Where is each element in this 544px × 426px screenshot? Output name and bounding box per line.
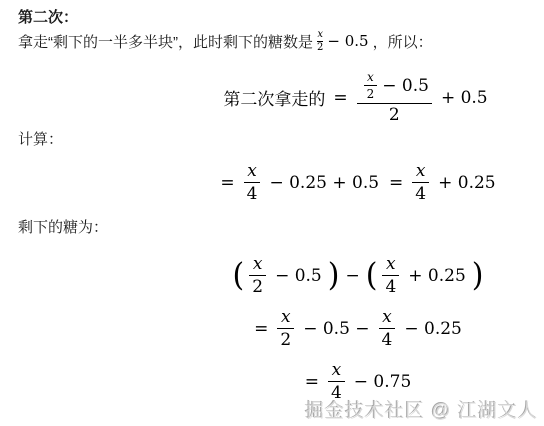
equals-sign: =: [220, 173, 234, 193]
fraction: x 4: [412, 161, 429, 205]
fraction-numerator: x: [278, 307, 294, 328]
fraction-numerator: x: [383, 254, 399, 275]
equals-sign: =: [305, 372, 319, 392]
paragraph-text-after: ，所以：: [373, 31, 433, 52]
fraction-numerator: x: [244, 161, 260, 182]
formula-tail: − 0.75: [354, 372, 412, 392]
inline-fraction-denominator: 2: [317, 42, 323, 54]
fraction-denominator: 4: [412, 183, 429, 204]
fraction: x 4: [379, 307, 396, 351]
section-heading: 第二次：: [18, 6, 78, 27]
math-tokens: − 0.5: [275, 266, 322, 286]
fraction-denominator: 4: [382, 276, 399, 297]
nested-fraction-denominator: 2: [364, 86, 378, 101]
fraction: x 4: [244, 161, 261, 205]
paragraph-second-step: 拿走“剩下的一半多半块”，此时剩下的糖数是 x 2 − 0.5 ，所以：: [18, 29, 433, 53]
remaining-label: 剩下的糖为：: [18, 216, 108, 237]
fraction-denominator: 4: [379, 329, 396, 350]
fraction: x 2: [249, 254, 266, 298]
math-tokens: − 0.25: [404, 319, 462, 339]
formula-calculation: = x 4 − 0.25 + 0.5 = x 4 + 0.25: [172, 161, 544, 205]
fraction-numerator: x: [413, 161, 429, 182]
inline-math: x 2 − 0.5: [317, 29, 369, 53]
watermark: 掘金技术社区 @ 江湖文人: [305, 396, 538, 423]
fraction: x 2: [277, 307, 294, 351]
document-page: 第二次： 拿走“剩下的一半多半块”，此时剩下的糖数是 x 2 − 0.5 ，所以…: [0, 0, 544, 426]
formula-expanded: = x 2 − 0.5 − x 4 − 0.25: [172, 307, 544, 351]
nested-fraction: x 2: [364, 70, 378, 102]
fraction-denominator: 2: [277, 329, 294, 350]
formula-second-take: 第二次拿走的 = x 2 − 0.5 2 + 0.5: [172, 70, 544, 125]
math-tokens: − 0.25 + 0.5: [269, 173, 379, 193]
equals-sign: =: [254, 319, 268, 339]
fraction-denominator: 4: [244, 183, 261, 204]
formula-tail: + 0.5: [441, 88, 488, 108]
right-paren: ): [472, 258, 484, 295]
fraction-numerator: x: [329, 360, 345, 381]
fraction: x 4: [382, 254, 399, 298]
math-tokens: − 0.5 −: [303, 319, 369, 339]
fraction-denominator: 2: [249, 276, 266, 297]
formula-tail: + 0.25: [438, 173, 496, 193]
equals-sign: =: [389, 173, 403, 193]
right-paren: ): [328, 258, 340, 295]
left-paren: (: [233, 258, 245, 295]
math-tokens: + 0.25: [408, 266, 466, 286]
inline-math-tail: − 0.5: [327, 32, 368, 50]
minus-sign: −: [345, 266, 359, 286]
inline-fraction: x 2: [317, 29, 323, 53]
fraction-numerator: x: [250, 254, 266, 275]
fraction-numerator: x: [379, 307, 395, 328]
calc-label: 计算：: [18, 128, 63, 149]
outer-fraction-denominator: 2: [386, 104, 403, 125]
nested-fraction-numerator: x: [364, 70, 377, 85]
inline-fraction-numerator: x: [317, 29, 323, 41]
formula-label: 第二次拿走的: [223, 85, 325, 110]
outer-fraction-numerator: x 2 − 0.5: [357, 70, 432, 103]
numerator-tail: − 0.5: [382, 76, 429, 96]
formula-remaining-expression: ( x 2 − 0.5 ) − ( x 4 + 0.25 ): [172, 254, 544, 298]
outer-fraction: x 2 − 0.5 2: [357, 70, 432, 125]
equals-sign: =: [333, 88, 347, 108]
paragraph-text-before: 拿走“剩下的一半多半块”，此时剩下的糖数是: [18, 31, 313, 52]
left-paren: (: [366, 258, 378, 295]
